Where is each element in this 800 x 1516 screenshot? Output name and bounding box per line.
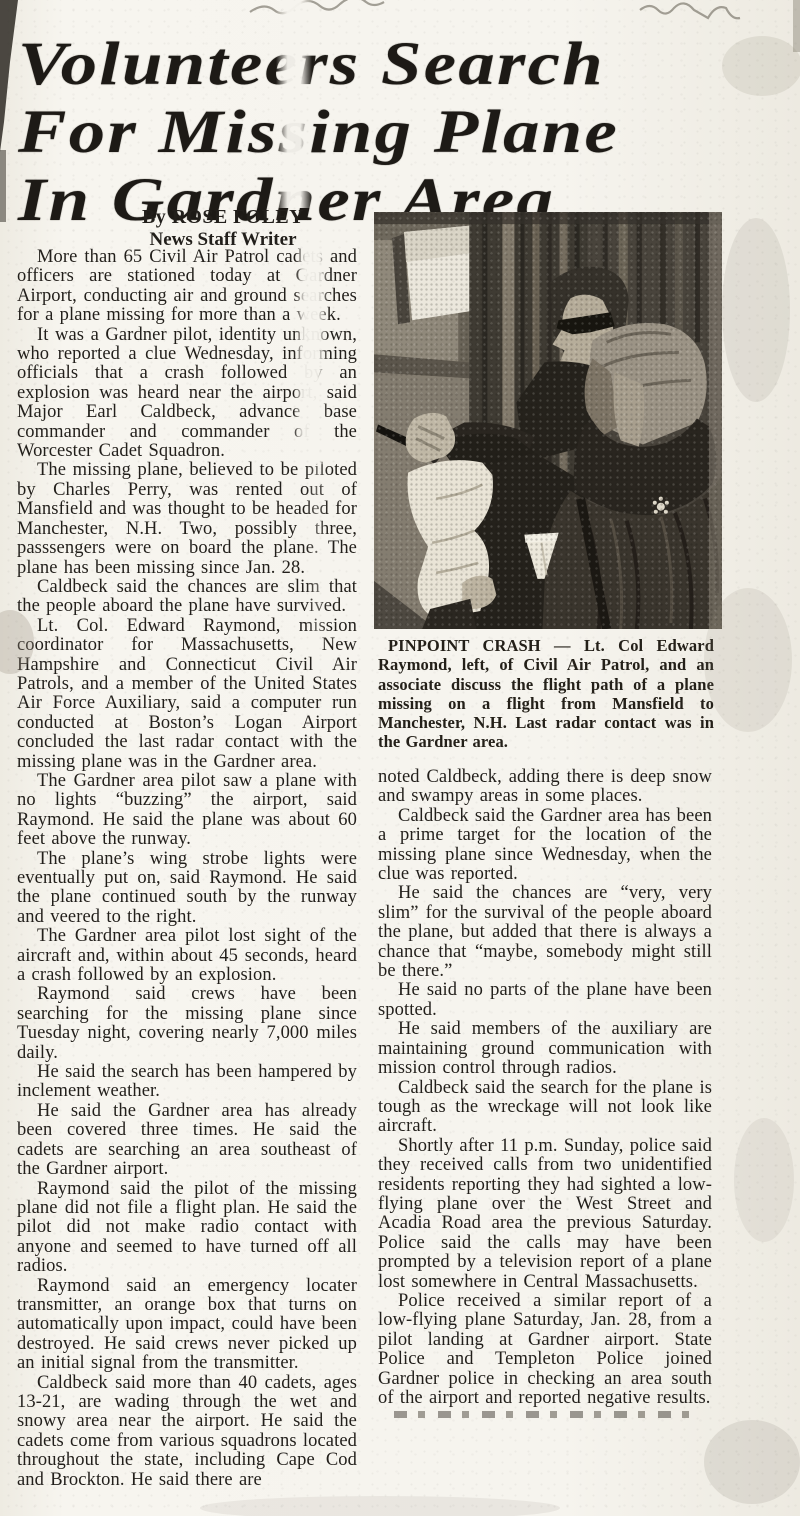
article-paragraph: The missing plane, believed to be pilote… bbox=[17, 461, 357, 577]
article-paragraph: It was a Gardner pilot, identity unknown… bbox=[17, 326, 357, 462]
article-paragraph: Caldbeck said the search for the plane i… bbox=[378, 1079, 712, 1137]
article-paragraph: He said members of the auxiliary are mai… bbox=[378, 1020, 712, 1078]
news-photo bbox=[374, 212, 722, 629]
torn-edge-mark bbox=[0, 0, 18, 152]
article-paragraph: Raymond said the pilot of the missing pl… bbox=[17, 1180, 357, 1277]
headline-line: For Missing Plane bbox=[18, 99, 756, 167]
photo-caption: PINPOINT CRASH — Lt. Col Edward Raymond,… bbox=[378, 636, 714, 752]
handwriting-mark bbox=[640, 3, 740, 18]
headline: Volunteers Search For Missing Plane In G… bbox=[18, 31, 756, 235]
headline-line: Volunteers Search bbox=[18, 31, 756, 99]
article-paragraph: He said the Gardner area has already bee… bbox=[17, 1102, 357, 1180]
newspaper-clipping: Volunteers Search For Missing Plane In G… bbox=[0, 0, 800, 1516]
article-paragraph: The Gardner area pilot lost sight of the… bbox=[17, 927, 357, 985]
article-paragraph: Police received a similar report of a lo… bbox=[378, 1292, 712, 1408]
right-column: noted Caldbeck, adding there is deep sno… bbox=[378, 768, 712, 1418]
clipped-text-line bbox=[394, 1411, 694, 1418]
article-paragraph: The plane’s wing strobe lights were even… bbox=[17, 850, 357, 928]
photo-illustration bbox=[374, 212, 722, 629]
article-paragraph: Lt. Col. Edward Raymond, mission coordin… bbox=[17, 617, 357, 772]
article-paragraph: The Gardner area pilot saw a plane with … bbox=[17, 772, 357, 850]
article-paragraph: Raymond said crews have been searching f… bbox=[17, 985, 357, 1063]
article-paragraph: Caldbeck said the Gardner area has been … bbox=[378, 807, 712, 885]
handwriting-mark bbox=[250, 0, 384, 13]
left-column: More than 65 Civil Air Patrol cadets and… bbox=[17, 248, 357, 1490]
article-paragraph: Raymond said an emergency locater transm… bbox=[17, 1277, 357, 1374]
article-paragraph: Caldbeck said more than 40 cadets, ages … bbox=[17, 1374, 357, 1490]
byline-author: By ROSE FOLEY bbox=[40, 206, 406, 229]
article-paragraph: More than 65 Civil Air Patrol cadets and… bbox=[17, 248, 357, 326]
byline: By ROSE FOLEY News Staff Writer bbox=[40, 206, 406, 251]
article-paragraph: Caldbeck said the chances are slim that … bbox=[17, 578, 357, 617]
article-paragraph: He said no parts of the plane have been … bbox=[378, 981, 712, 1020]
article-paragraph: He said the chances are “very, very slim… bbox=[378, 884, 712, 981]
article-paragraph: Shortly after 11 p.m. Sunday, police sai… bbox=[378, 1137, 712, 1292]
article-paragraph: noted Caldbeck, adding there is deep sno… bbox=[378, 768, 712, 807]
article-paragraph: He said the search has been hampered by … bbox=[17, 1063, 357, 1102]
